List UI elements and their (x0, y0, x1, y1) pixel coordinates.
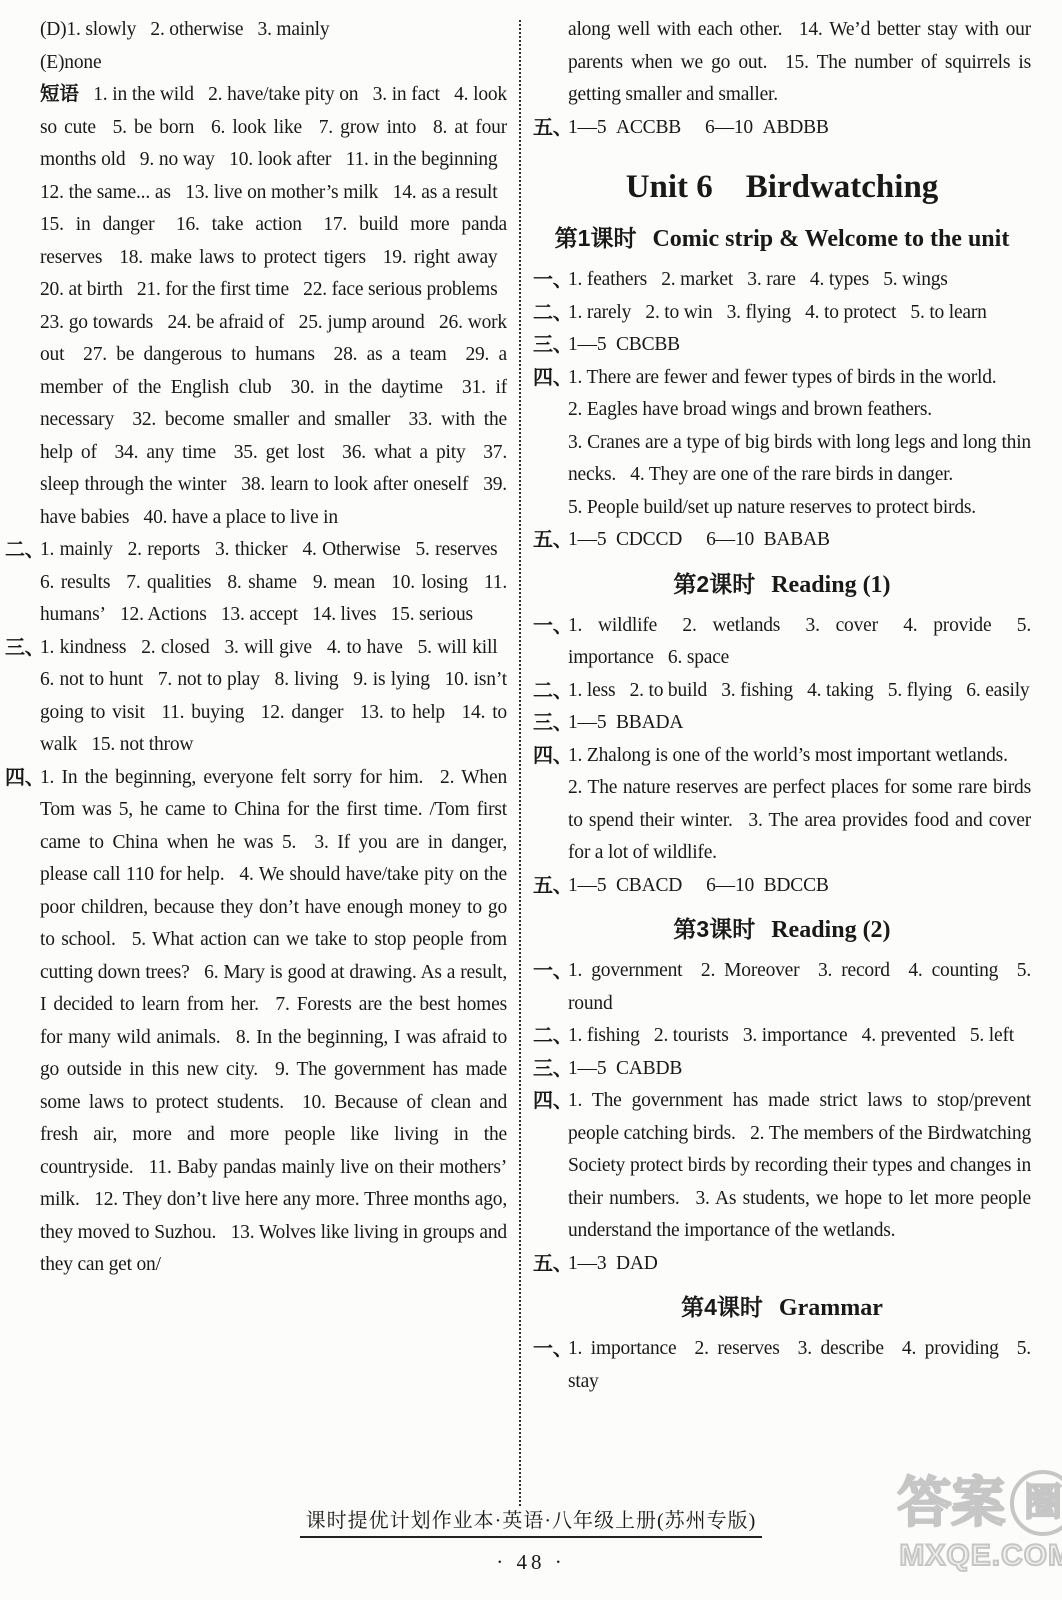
answer-section: 三、1—5 CABDB (533, 1053, 1031, 1086)
answer-paragraph: 1. fishing 2. tourists 3. importance 4. … (568, 1020, 1031, 1053)
answer-paragraph: 1. rarely 2. to win 3. flying 4. to prot… (568, 297, 1031, 330)
section-marker: 三、 (5, 632, 45, 665)
lesson-heading: 第3课时Reading (2) (533, 911, 1031, 948)
section-marker: 二、 (5, 534, 45, 567)
answer-section: along well with each other. 14. We’d bet… (533, 14, 1031, 112)
answer-section: 三、1—5 CBCBB (533, 329, 1031, 362)
answer-section: (E)none (5, 47, 507, 80)
answer-section: 一、1. government 2. Moreover 3. record 4.… (533, 955, 1031, 1020)
answer-section: 四、1. The government has made strict laws… (533, 1085, 1031, 1248)
page: (D)1. slowly 2. otherwise 3. mainly(E)no… (0, 0, 1062, 1600)
answer-section: (D)1. slowly 2. otherwise 3. mainly (5, 14, 507, 47)
answer-paragraph: 1. less 2. to build 3. fishing 4. taking… (568, 675, 1031, 708)
answer-paragraph: along well with each other. 14. We’d bet… (568, 14, 1031, 112)
footer: 课时提优计划作业本·英语·八年级上册(苏州专版) (0, 1506, 1062, 1539)
lesson-heading: 第2课时Reading (1) (533, 566, 1031, 603)
section-marker: 五、 (533, 112, 573, 145)
answer-section: 短语 1. in the wild 2. have/take pity on 3… (5, 79, 507, 534)
section-marker: 四、 (533, 740, 573, 773)
answer-paragraph: 1. mainly 2. reports 3. thicker 4. Other… (40, 534, 507, 632)
answer-paragraph: (E)none (40, 47, 507, 80)
answer-paragraph: 1—5 CBACD 6—10 BDCCB (568, 870, 1031, 903)
section-marker: 四、 (533, 362, 573, 395)
section-marker: 三、 (533, 1053, 573, 1086)
answer-section: 二、1. rarely 2. to win 3. flying 4. to pr… (533, 297, 1031, 330)
answer-section: 四、1. In the beginning, everyone felt sor… (5, 762, 507, 1282)
section-marker: 五、 (533, 524, 573, 557)
section-marker: 一、 (533, 264, 573, 297)
answer-section: 四、1. Zhalong is one of the world’s most … (533, 740, 1031, 870)
answer-section: 一、1. feathers 2. market 3. rare 4. types… (533, 264, 1031, 297)
unit-heading: Unit 6 Birdwatching (533, 166, 1031, 208)
lesson-heading-en: Reading (1) (771, 572, 890, 598)
answer-section: 五、1—5 CBACD 6—10 BDCCB (533, 870, 1031, 903)
answer-paragraph: 1—5 CBCBB (568, 329, 1031, 362)
answer-paragraph: 2. The nature reserves are perfect place… (568, 772, 1031, 870)
footer-title: 课时提优计划作业本·英语·八年级上册(苏州专版) (300, 1509, 763, 1538)
section-marker: 四、 (533, 1085, 573, 1118)
answer-paragraph: 1—3 DAD (568, 1248, 1031, 1281)
answer-section: 一、1. wildlife 2. wetlands 3. cover 4. pr… (533, 610, 1031, 675)
right-column: along well with each other. 14. We’d bet… (533, 14, 1031, 1512)
answer-section: 三、1. kindness 2. closed 3. will give 4. … (5, 632, 507, 762)
answer-paragraph: 1. government 2. Moreover 3. record 4. c… (568, 955, 1031, 1020)
answer-section: 五、1—5 ACCBB 6—10 ABDBB (533, 112, 1031, 145)
lesson-heading: 第4课时Grammar (533, 1289, 1031, 1326)
answer-paragraph: 1. wildlife 2. wetlands 3. cover 4. prov… (568, 610, 1031, 675)
lesson-heading: 第1课时Comic strip & Welcome to the unit (533, 220, 1031, 257)
lesson-heading-zh: 第3课时 (673, 916, 755, 942)
answer-section: 三、1—5 BBADA (533, 707, 1031, 740)
answer-paragraph: 1—5 CDCCD 6—10 BABAB (568, 524, 1031, 557)
answer-paragraph: 2. Eagles have broad wings and brown fea… (568, 394, 1031, 427)
answer-section: 一、1. importance 2. reserves 3. describe … (533, 1333, 1031, 1398)
section-marker: 一、 (533, 610, 573, 643)
answer-paragraph: 5. People build/set up nature reserves t… (568, 492, 1031, 525)
answer-paragraph: (D)1. slowly 2. otherwise 3. mainly (40, 14, 507, 47)
answer-paragraph: 3. Cranes are a type of big birds with l… (568, 427, 1031, 492)
answer-paragraph: 1—5 BBADA (568, 707, 1031, 740)
section-marker: 一、 (533, 1333, 573, 1366)
left-column: (D)1. slowly 2. otherwise 3. mainly(E)no… (5, 14, 507, 1506)
section-marker: 四、 (5, 762, 45, 795)
answer-section: 五、1—5 CDCCD 6—10 BABAB (533, 524, 1031, 557)
section-marker: 一、 (533, 955, 573, 988)
section-marker: 三、 (533, 329, 573, 362)
lesson-heading-en: Reading (2) (771, 917, 890, 943)
answer-paragraph: 1. importance 2. reserves 3. describe 4.… (568, 1333, 1031, 1398)
answer-paragraph: 1. There are fewer and fewer types of bi… (568, 362, 1031, 395)
answer-paragraph: 1. feathers 2. market 3. rare 4. types 5… (568, 264, 1031, 297)
phrase-label: 短语 (40, 84, 79, 105)
answer-section: 二、1. mainly 2. reports 3. thicker 4. Oth… (5, 534, 507, 632)
section-marker: 五、 (533, 1248, 573, 1281)
section-marker: 三、 (533, 707, 573, 740)
answer-section: 五、1—3 DAD (533, 1248, 1031, 1281)
lesson-heading-zh: 第2课时 (673, 571, 755, 597)
answer-paragraph: 1—5 ACCBB 6—10 ABDBB (568, 112, 1031, 145)
lesson-heading-zh: 第4课时 (681, 1294, 763, 1320)
lesson-heading-en: Grammar (779, 1295, 883, 1321)
answer-paragraph: 1. Zhalong is one of the world’s most im… (568, 740, 1031, 773)
answer-section: 四、1. There are fewer and fewer types of … (533, 362, 1031, 525)
section-marker: 二、 (533, 297, 573, 330)
page-number: · 48 · (0, 1549, 1062, 1575)
section-marker: 二、 (533, 675, 573, 708)
lesson-heading-en: Comic strip & Welcome to the unit (652, 226, 1009, 252)
column-divider (519, 20, 521, 1506)
section-marker: 二、 (533, 1020, 573, 1053)
lesson-heading-zh: 第1课时 (555, 225, 637, 251)
answer-paragraph: 1. The government has made strict laws t… (568, 1085, 1031, 1248)
answer-section: 二、1. fishing 2. tourists 3. importance 4… (533, 1020, 1031, 1053)
answer-paragraph: 1. In the beginning, everyone felt sorry… (40, 762, 507, 1282)
section-marker: 五、 (533, 870, 573, 903)
answer-paragraph: 1—5 CABDB (568, 1053, 1031, 1086)
answer-section: 二、1. less 2. to build 3. fishing 4. taki… (533, 675, 1031, 708)
answer-paragraph: 1. kindness 2. closed 3. will give 4. to… (40, 632, 507, 762)
answer-paragraph: 短语 1. in the wild 2. have/take pity on 3… (40, 79, 507, 534)
